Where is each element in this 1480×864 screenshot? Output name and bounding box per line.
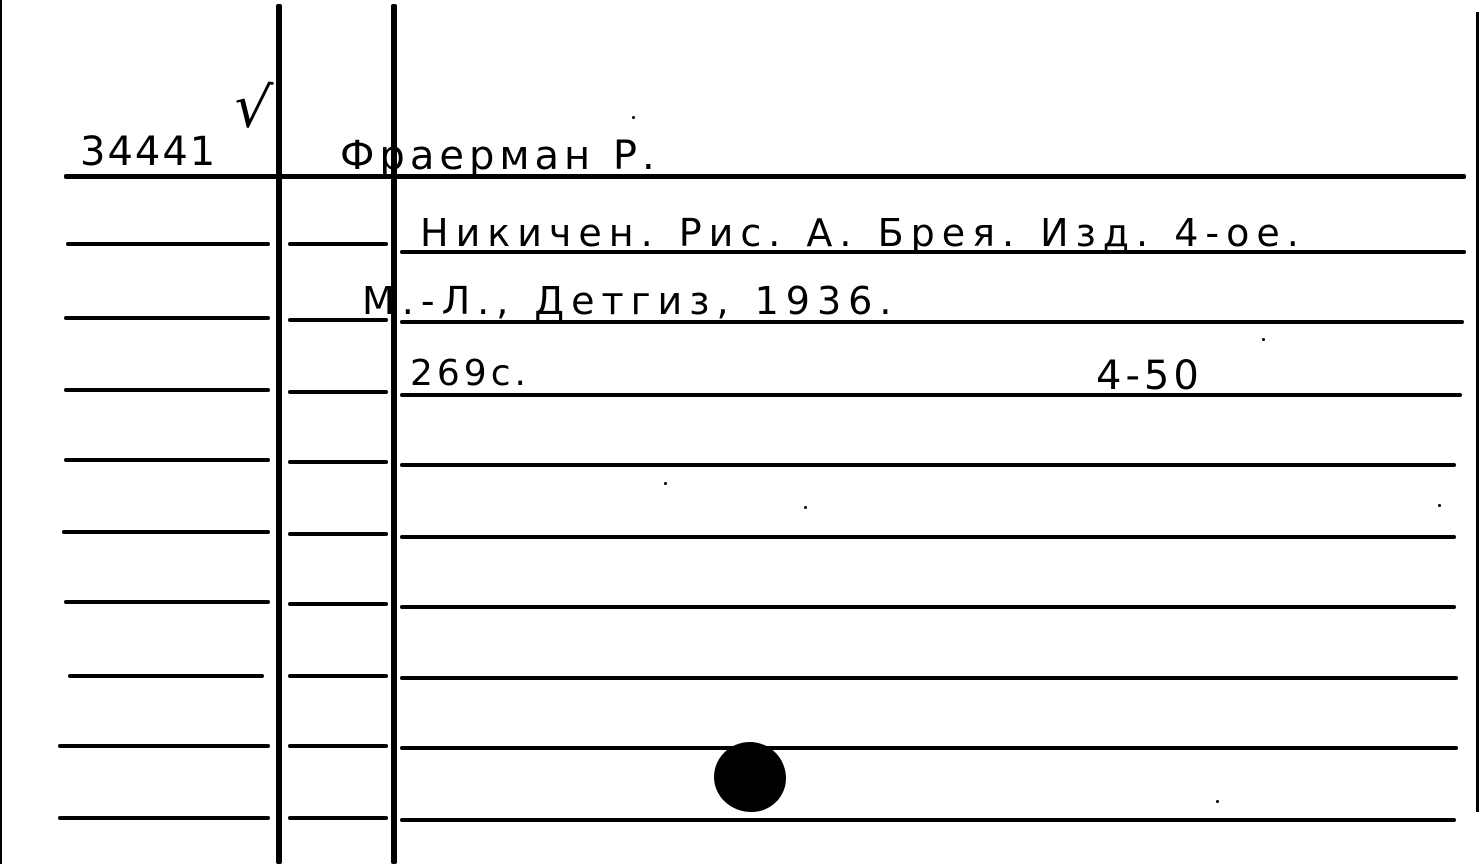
rule-line-7-mid [288,602,388,606]
card-right-border [1476,12,1479,812]
rule-line-6-main [400,535,1456,539]
rule-line-9-main [400,746,1458,750]
scan-speck [1262,338,1265,341]
rule-line-2-mid [288,242,388,246]
rule-line-9-left [58,744,270,748]
title-statement: Никичен. Рис. А. Брея. Изд. 4-ое. [420,214,1306,252]
rule-line-6-left [62,530,270,534]
catalog-card: 34441 √ Фраерман Р. Никичен. Рис. А. Бре… [0,0,1480,864]
rule-line-4-left [64,388,270,392]
rule-line-5-left [64,458,270,462]
page-count: 269с. [410,356,530,392]
rule-line-10-left [58,816,270,820]
punch-hole [714,742,786,812]
rule-line-1 [64,174,1466,179]
rule-line-9-mid [288,744,388,748]
rule-line-5-main [400,463,1456,467]
rule-line-10-mid [288,816,388,820]
rule-line-8-left [68,674,264,678]
scan-speck [1216,800,1219,803]
check-mark-icon: √ [231,76,274,138]
rule-line-5-mid [288,460,388,464]
accession-number: 34441 [80,132,217,172]
rule-line-8-main [400,676,1458,680]
scan-speck [804,506,807,509]
vertical-rule-1 [276,4,282,864]
author-name: Фраерман Р. [340,136,660,176]
rule-line-2-left [66,242,270,246]
rule-line-3-left [64,316,270,320]
rule-line-7-main [400,605,1456,609]
imprint-statement: М.-Л., Детгиз, 1936. [362,282,898,320]
scan-speck [664,482,667,485]
scan-speck [1438,504,1441,507]
rule-line-8-mid [288,674,388,678]
rule-line-4-main [400,393,1462,397]
rule-line-7-left [64,600,270,604]
rule-line-6-mid [288,532,388,536]
rule-line-4-mid [288,390,388,394]
price: 4-50 [1096,356,1203,396]
card-left-border [0,0,2,864]
scan-speck [632,116,635,119]
rule-line-10-main [400,818,1456,822]
